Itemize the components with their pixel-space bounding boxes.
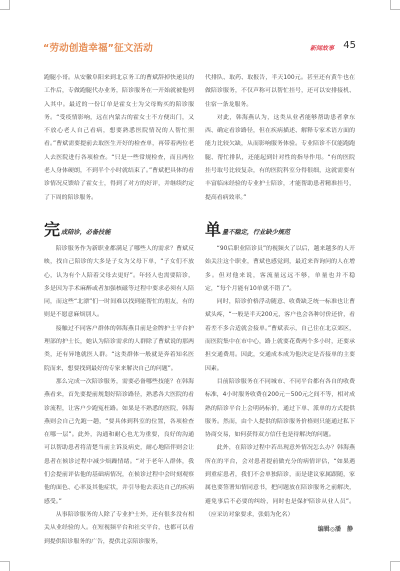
crop-mark-bottom-left: [0, 561, 10, 571]
page-header: “劳动创造幸福”征文活动 新闻故事 45: [43, 40, 358, 56]
page-number: 45: [343, 40, 356, 51]
paragraph: 代排队、取药、取报告，半天100元。甚至还有黄牛也在做陪诊服务，不仅声称可以帮忙…: [205, 72, 355, 112]
paragraph: 同时，陪诊价格浮动随意、收费缺乏统一标准也让曹斌头疼，“一般是半天200元，客户…: [205, 296, 355, 376]
paragraph: 接触过不同客户群体的韩海燕目前是金牌护士平台护理部的护士长，她认为陪诊需求的人群…: [44, 323, 194, 376]
editor-credit: 编辑◎潘 静: [205, 523, 355, 536]
paragraph: 从事陪诊服务的人除了专业护士外，还有很多没有相关从业经验的人。在短视频平台和社交…: [44, 509, 194, 549]
right-column: 代排队、取药、取报告，半天100元。甚至还有黄牛也在做陪诊服务，不仅声称可以帮忙…: [205, 72, 355, 537]
subheading-drop-char: 单: [205, 221, 221, 239]
paragraph: 目前陪诊服务在不同城市、不同平台都有各自的收费标准，4小时服务收费在200元－5…: [205, 376, 355, 442]
subheading-text: 量不稳定，行业缺少规范: [222, 228, 290, 239]
section-title: “劳动创造幸福”征文活动: [43, 40, 153, 54]
subheading-complete-escort: 完 成陪诊，必备技能: [44, 219, 194, 239]
crop-mark-bottom-right: [390, 561, 400, 571]
subheading-unstable-orders: 单 量不稳定，行业缺少规范: [205, 219, 355, 239]
crop-mark-top-right: [390, 0, 400, 10]
crop-mark-top-left: [0, 0, 10, 10]
paragraph: 那么完成一次陪诊服务，需要必备哪些技能？在韩海燕看来，首先要提前规划好陪诊路径，…: [44, 376, 194, 509]
paragraph: 此外，在陪诊过程中若出现意外情况怎么办？韩海燕所在的平台，会对患者提前做充分的病…: [205, 442, 355, 522]
paragraph: “90后职业陪诊员”的视频火了以后，越来越多的人开始关注这个职业，曹斌也感觉到，…: [205, 243, 355, 296]
paragraph: 陪诊服务作为新职业都满足了哪些人的需求？曹斌反映，找自己陪诊的大多是子女为父母下…: [44, 243, 194, 323]
left-column: 跑腿小哥。从安徽阜阳来到北京务工的曹斌辞掉快递员的工作后，专做跑腿代办业务，陪诊…: [44, 72, 194, 549]
paragraph: 跑腿小哥。从安徽阜阳来到北京务工的曹斌辞掉快递员的工作后，专做跑腿代办业务，陪诊…: [44, 72, 194, 205]
subheading-text: 成陪诊，必备技能: [61, 228, 111, 239]
column-name-logo: 新闻故事: [310, 43, 334, 52]
subheading-drop-char: 完: [44, 221, 60, 239]
paragraph: 对此，韩海燕认为，这类从业者能够帮助患者拿东西、确定看诊路径，但在疾病描述、解释…: [205, 112, 355, 205]
